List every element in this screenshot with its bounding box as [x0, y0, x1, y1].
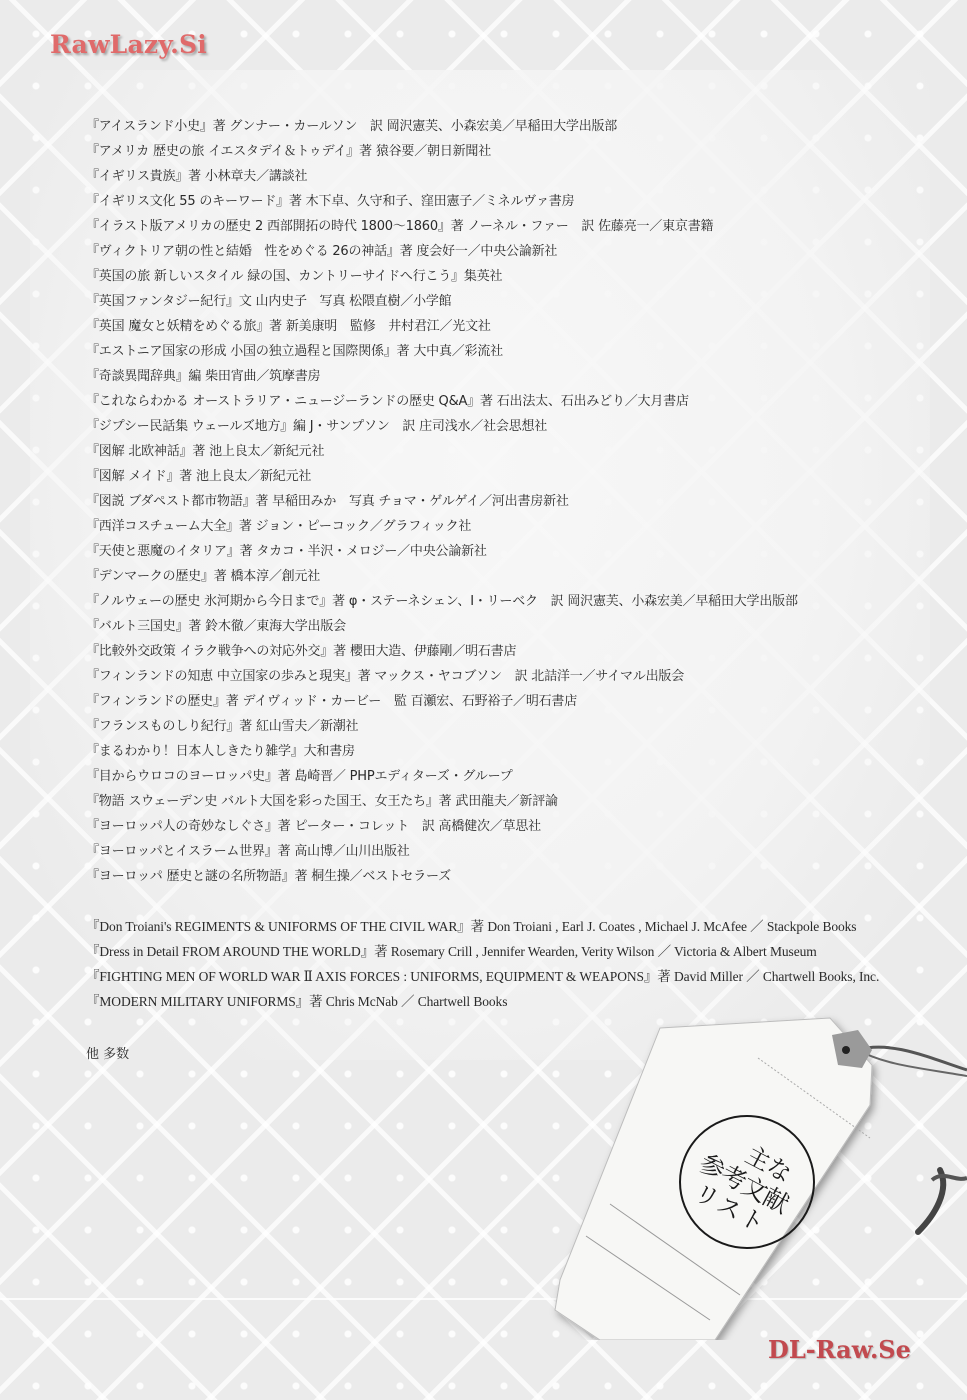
reference-item: 『天使と悪魔のイタリア』著 タカコ・半沢・メロジー／中央公論新社 — [86, 541, 798, 566]
reference-item: 『Dress in Detail FROM AROUND THE WORLD』著… — [86, 941, 879, 966]
reference-item: 『奇談異聞辞典』編 柴田宵曲／筑摩書房 — [86, 366, 798, 391]
and-many-more-note: 他 多数 — [86, 1043, 129, 1062]
reference-item: 『バルト三国史』著 鈴木徹／東海大学出版会 — [86, 616, 798, 641]
watermark-top: RawLazy.Si — [50, 30, 207, 59]
reference-item: 『物語 スウェーデン史 バルト大国を彩った国王、女王たち』著 武田龍夫／新評論 — [86, 791, 798, 816]
reference-item: 『イギリス文化 55 のキーワード』著 木下卓、久守和子、窪田憲子／ミネルヴァ書… — [86, 191, 798, 216]
reference-item: 『英国 魔女と妖精をめぐる旅』著 新美康明 監修 井村君江／光文社 — [86, 316, 798, 341]
reference-item: 『アイスランド小史』著 グンナー・カールソン 訳 岡沢憲芙、小森宏美／早稲田大学… — [86, 116, 798, 141]
reference-item: 『FIGHTING MEN OF WORLD WAR Ⅱ AXIS FORCES… — [86, 966, 879, 991]
reference-item: 『ヨーロッパとイスラーム世界』著 高山博／山川出版社 — [86, 841, 798, 866]
reference-item: 『図解 メイド』著 池上良太／新紀元社 — [86, 466, 798, 491]
reference-item: 『図解 北欧神話』著 池上良太／新紀元社 — [86, 441, 798, 466]
reference-item: 『ジプシー民話集 ウェールズ地方』編 J・サンプソン 訳 庄司浅水／社会思想社 — [86, 416, 798, 441]
watermark-bottom: DL-Raw.Se — [768, 1335, 911, 1364]
reference-item: 『アメリカ 歴史の旅 イエスタデイ＆トゥデイ』著 猿谷要／朝日新聞社 — [86, 141, 798, 166]
reference-item: 『イギリス貴族』著 小林章夫／講談社 — [86, 166, 798, 191]
reference-item: 『ヨーロッパ人の奇妙なしぐさ』著 ピーター・コレット 訳 高橋健次／草思社 — [86, 816, 798, 841]
reference-item: 『目からウロコのヨーロッパ史』著 島崎晋／ PHPエディターズ・グループ — [86, 766, 798, 791]
reference-item: 『ヴィクトリア朝の性と結婚 性をめぐる 26の神話』著 度会好一／中央公論新社 — [86, 241, 798, 266]
reference-item: 『エストニア国家の形成 小国の独立過程と国際関係』著 大中真／彩流社 — [86, 341, 798, 366]
reference-list-english: 『Don Troiani's REGIMENTS & UNIFORMS OF T… — [86, 916, 879, 1016]
reference-item: 『ヨーロッパ 歴史と謎の名所物語』著 桐生操／ベストセラーズ — [86, 866, 798, 891]
reference-item: 『フィンランドの知恵 中立国家の歩みと現実』著 マックス・ヤコブソン 訳 北詰洋… — [86, 666, 798, 691]
reference-item: 『西洋コスチューム大全』著 ジョン・ピーコック／グラフィック社 — [86, 516, 798, 541]
reference-list-japanese: 『アイスランド小史』著 グンナー・カールソン 訳 岡沢憲芙、小森宏美／早稲田大学… — [86, 116, 798, 891]
reference-item: 『英国ファンタジー紀行』文 山内史子 写真 松隈直樹／小学館 — [86, 291, 798, 316]
reference-item: 『フランスものしり紀行』著 紅山雪夫／新潮社 — [86, 716, 798, 741]
reference-item: 『まるわかり！日本人しきたり雑学』大和書房 — [86, 741, 798, 766]
reference-item: 『英国の旅 新しいスタイル 緑の国、カントリーサイドへ行こう』集英社 — [86, 266, 798, 291]
reference-item: 『比較外交政策 イラク戦争への対応外交』著 櫻田大造、伊藤剛／明石書店 — [86, 641, 798, 666]
reference-item: 『Don Troiani's REGIMENTS & UNIFORMS OF T… — [86, 916, 879, 941]
reference-item: 『フィンランドの歴史』著 デイヴィッド・カービー 監 百瀬宏、石野裕子／明石書店 — [86, 691, 798, 716]
reference-item: 『これならわかる オーストラリア・ニュージーランドの歴史 Q&A』著 石出法太、… — [86, 391, 798, 416]
reference-item: 『デンマークの歴史』著 橋本淳／創元社 — [86, 566, 798, 591]
reference-item: 『ノルウェーの歴史 氷河期から今日まで』著 φ・ステーネシェン、I・リーベク 訳… — [86, 591, 798, 616]
reference-item: 『図説 ブダペスト都市物語』著 早稲田みか 写真 チョマ・ゲルゲイ／河出書房新社 — [86, 491, 798, 516]
reference-item: 『イラスト版アメリカの歴史 2 西部開拓の時代 1800〜1860』著 ノーネル… — [86, 216, 798, 241]
